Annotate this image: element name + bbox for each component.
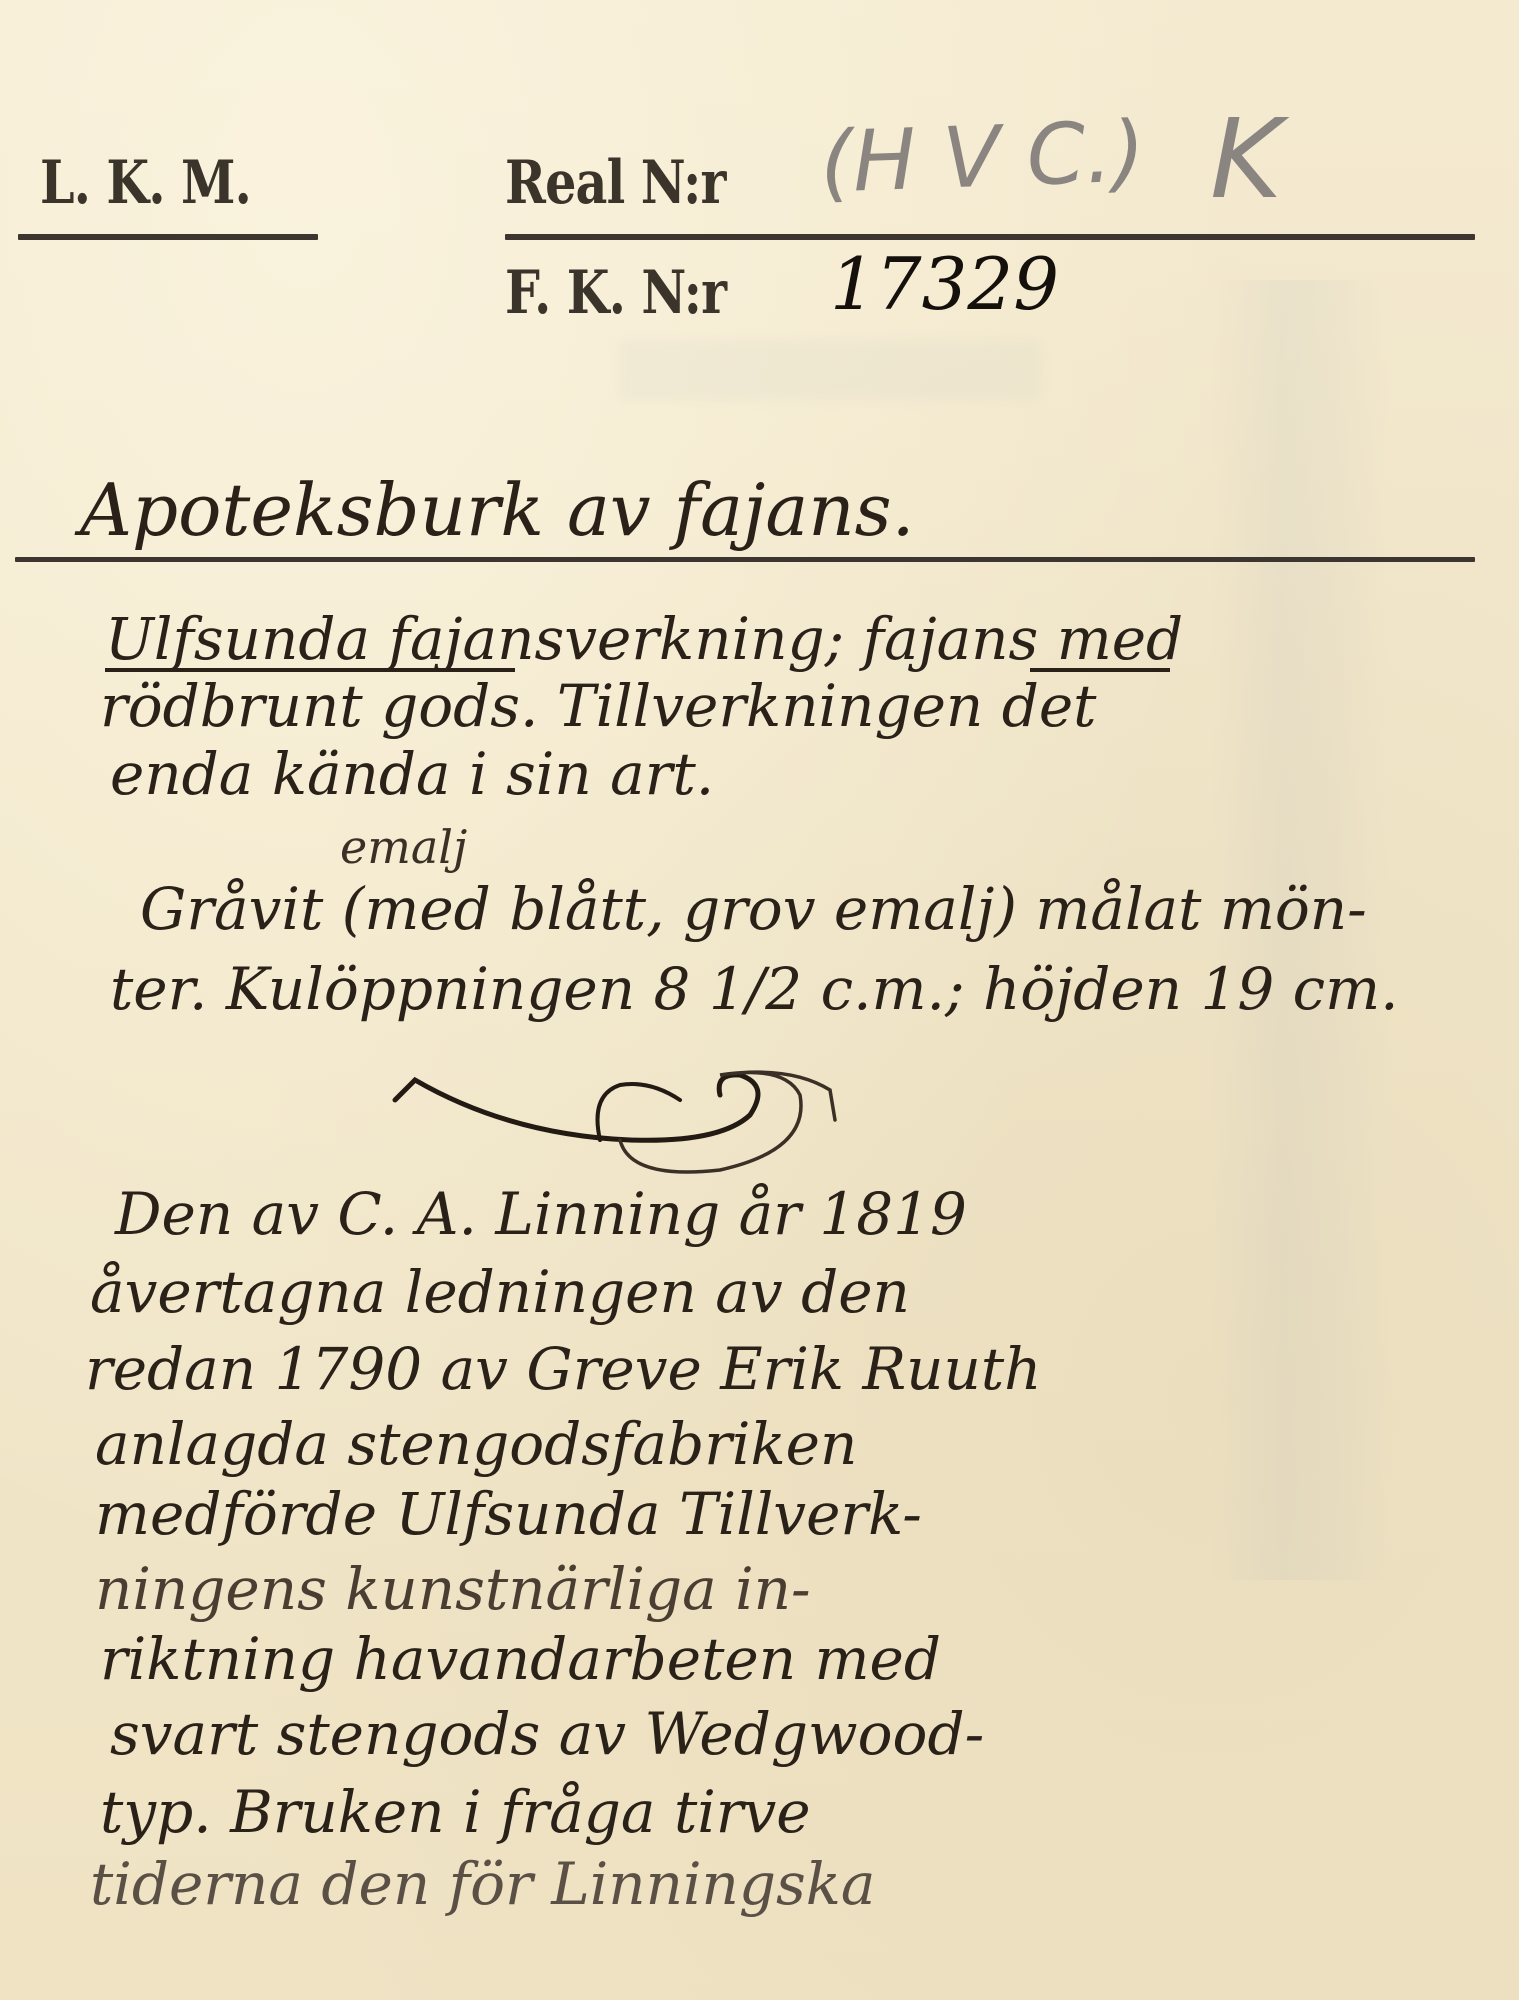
body-line: ter. Kulöppningen 8 1/2 c.m.; höjden 19 … bbox=[110, 955, 1399, 1023]
header-rule-left bbox=[18, 234, 318, 240]
interlinear-insert: emalj bbox=[340, 820, 467, 874]
title-rule bbox=[15, 557, 1475, 562]
body-line: redan 1790 av Greve Erik Ruuth bbox=[85, 1335, 1042, 1403]
body-line: anlagda stengodsfabriken bbox=[95, 1410, 857, 1478]
body-line: typ. Bruken i fråga tirve bbox=[100, 1778, 811, 1846]
body-line: åvertagna ledningen av den bbox=[90, 1258, 910, 1326]
fk-nr-label: F. K. N:r bbox=[505, 258, 726, 328]
real-nr-label: Real N:r bbox=[505, 148, 726, 218]
body-line: Ulfsunda fajansverkning; fajans med bbox=[105, 605, 1183, 673]
real-nr-suffix: K bbox=[1210, 95, 1282, 223]
body-line: tiderna den för Linningska bbox=[90, 1850, 876, 1918]
bleed-through-stamp bbox=[620, 340, 1040, 400]
body-line: svart stengods av Wedgwood- bbox=[110, 1700, 984, 1768]
body-line: ningens kunstnärliga in- bbox=[95, 1555, 811, 1623]
institution-abbrev: L. K. M. bbox=[40, 148, 251, 218]
body-line: riktning havandarbeten med bbox=[100, 1625, 941, 1693]
fk-nr-value: 17329 bbox=[830, 242, 1059, 326]
separator-flourish-icon bbox=[390, 1055, 850, 1175]
object-title: Apoteksburk av fajans. bbox=[80, 468, 914, 552]
body-line: medförde Ulfsunda Tillverk- bbox=[95, 1480, 922, 1548]
real-nr-value: (H V C.) bbox=[818, 102, 1146, 211]
body-line: Gråvit (med blått, grov emalj) målat mön… bbox=[140, 875, 1367, 943]
header-rule-right bbox=[505, 234, 1475, 240]
body-line: Den av C. A. Linning år 1819 bbox=[115, 1180, 967, 1248]
body-line: enda kända i sin art. bbox=[110, 740, 714, 808]
body-line: rödbrunt gods. Tillverkningen det bbox=[100, 672, 1096, 740]
catalog-card: L. K. M. Real N:r (H V C.) K F. K. N:r 1… bbox=[0, 0, 1519, 2000]
